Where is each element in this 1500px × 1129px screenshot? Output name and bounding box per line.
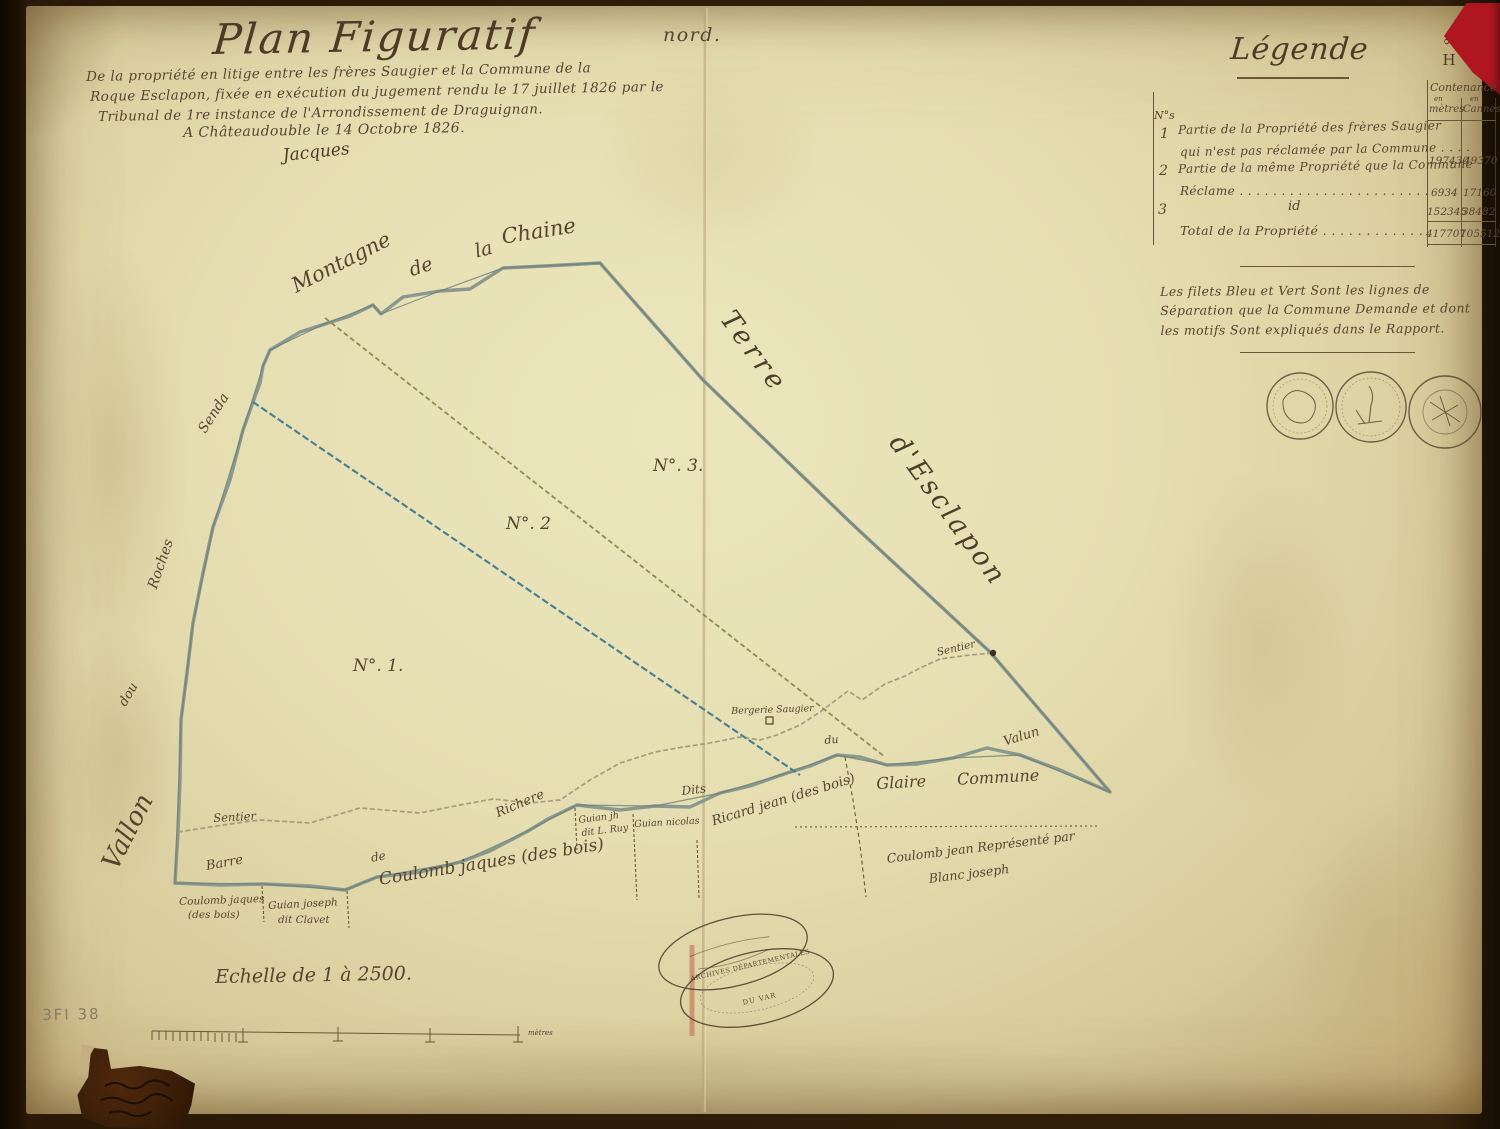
- legend-row-number: 1: [1160, 127, 1169, 142]
- legend-row-cannes: 38482: [1462, 207, 1495, 218]
- property-boundary-line: [175, 263, 1110, 890]
- archive-code: 3FI 38: [42, 1007, 101, 1024]
- legend-row-text: Réclame . . . . . . . . . . . . . . . . …: [1180, 185, 1429, 198]
- path-junction-dot: [990, 650, 996, 656]
- legend-col-metres: mètres: [1429, 105, 1464, 116]
- fold-crease: [703, 8, 705, 1112]
- legend-table-line: [1427, 221, 1496, 222]
- legend-row-number: 3: [1158, 203, 1167, 218]
- legend-row-text: id: [1288, 200, 1300, 214]
- legend-col-contenance: Contenance: [1430, 82, 1496, 94]
- legend-row-metres: 6934: [1431, 188, 1458, 199]
- legend-unit-prefix: en: [1470, 96, 1479, 103]
- legend-unit-prefix: en: [1434, 96, 1443, 103]
- round-stamp-3: [1409, 376, 1481, 448]
- label-parcel-no2: N°. 2: [506, 516, 551, 534]
- legend-row-number: 2: [1159, 164, 1168, 179]
- round-stamp-2: [1336, 372, 1406, 442]
- map-title: Plan Figuratif: [211, 12, 538, 62]
- owner-name: de: [370, 849, 387, 864]
- owner-name: dit Clavet: [278, 915, 330, 926]
- oval-stamp-lower: [673, 935, 841, 1040]
- blue-separator-line: [253, 402, 800, 775]
- owner-name: (des bois): [188, 910, 240, 921]
- parcel-tick: [697, 840, 699, 898]
- label-du: du: [824, 734, 839, 747]
- parcel-tick: [347, 891, 349, 928]
- legend-col-no: N°s: [1154, 110, 1175, 122]
- legend-note-rule: [1240, 266, 1415, 267]
- legend-title: Légende: [1229, 34, 1370, 66]
- legend-title-underline: [1237, 77, 1349, 79]
- legend-note-rule: [1240, 352, 1415, 353]
- legend-row-cannes: 17160: [1463, 188, 1496, 199]
- label-parcel-no3: N°. 3.: [653, 458, 703, 476]
- scanned-map-photo: Plan Figuratif De la propriété en litige…: [0, 0, 1500, 1129]
- corner-mark-h: H: [1437, 51, 1461, 70]
- legend-note: Les filets Bleu et Vert Sont les lignes …: [1160, 279, 1478, 340]
- scale-label: Echelle de 1 à 2500.: [215, 965, 412, 988]
- round-stamp-1: [1267, 373, 1333, 439]
- legend-table-line: [1427, 244, 1496, 245]
- label-parcel-no1: N°. 1.: [353, 658, 403, 676]
- bergerie-building-symbol: [766, 717, 773, 724]
- scale-bar-line: [152, 1031, 520, 1035]
- green-separator-line: [325, 318, 885, 757]
- legend-total-label: Total de la Propriété . . . . . . . . . …: [1180, 224, 1423, 237]
- legend-total-cannes: 105512: [1460, 229, 1500, 240]
- label-sentier-west: Sentier: [213, 810, 256, 824]
- property-boundary-shade: [175, 263, 1110, 890]
- legend-col-cannes: Cannes: [1463, 105, 1500, 116]
- dotted-limit-line: [795, 826, 1100, 827]
- label-dits: Dits: [681, 782, 707, 797]
- scale-bar-minor-ticks: [152, 1031, 236, 1042]
- scale-bar-major-ticks: [238, 1026, 523, 1042]
- north-label: nord.: [663, 26, 721, 46]
- scale-unit: mètres: [528, 1030, 553, 1037]
